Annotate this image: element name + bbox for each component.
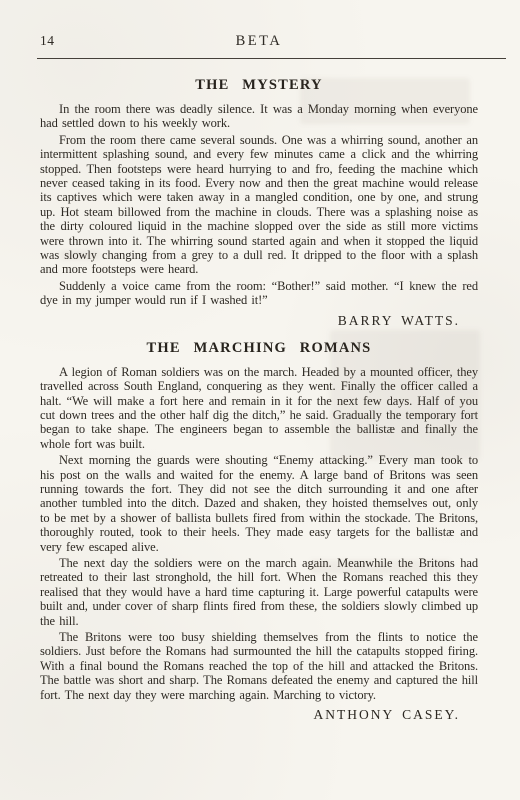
story-paragraph: Next morning the guards were shouting “E… (40, 453, 478, 554)
scanned-magazine-page: 14 BETA THE MYSTERY In the room there wa… (0, 0, 520, 800)
story-paragraph: A legion of Roman soldiers was on the ma… (40, 365, 478, 451)
publication-title: BETA (40, 33, 478, 50)
story-title: THE MARCHING ROMANS (40, 340, 478, 357)
header-rule (37, 58, 506, 59)
story-the-marching-romans: THE MARCHING ROMANS A legion of Roman so… (40, 340, 478, 723)
story-the-mystery: THE MYSTERY In the room there was deadly… (40, 77, 478, 329)
author-byline: BARRY WATTS. (40, 313, 478, 329)
story-paragraph: From the room there came several sounds.… (40, 133, 478, 277)
page-header: 14 BETA (40, 33, 478, 51)
story-paragraph: The next day the soldiers were on the ma… (40, 556, 478, 628)
story-paragraph: In the room there was deadly silence. It… (40, 102, 478, 131)
author-byline: ANTHONY CASEY. (40, 707, 478, 723)
story-paragraph: The Britons were too busy shielding them… (40, 630, 478, 702)
story-paragraph: Suddenly a voice came from the room: “Bo… (40, 279, 478, 308)
story-title: THE MYSTERY (40, 77, 478, 94)
